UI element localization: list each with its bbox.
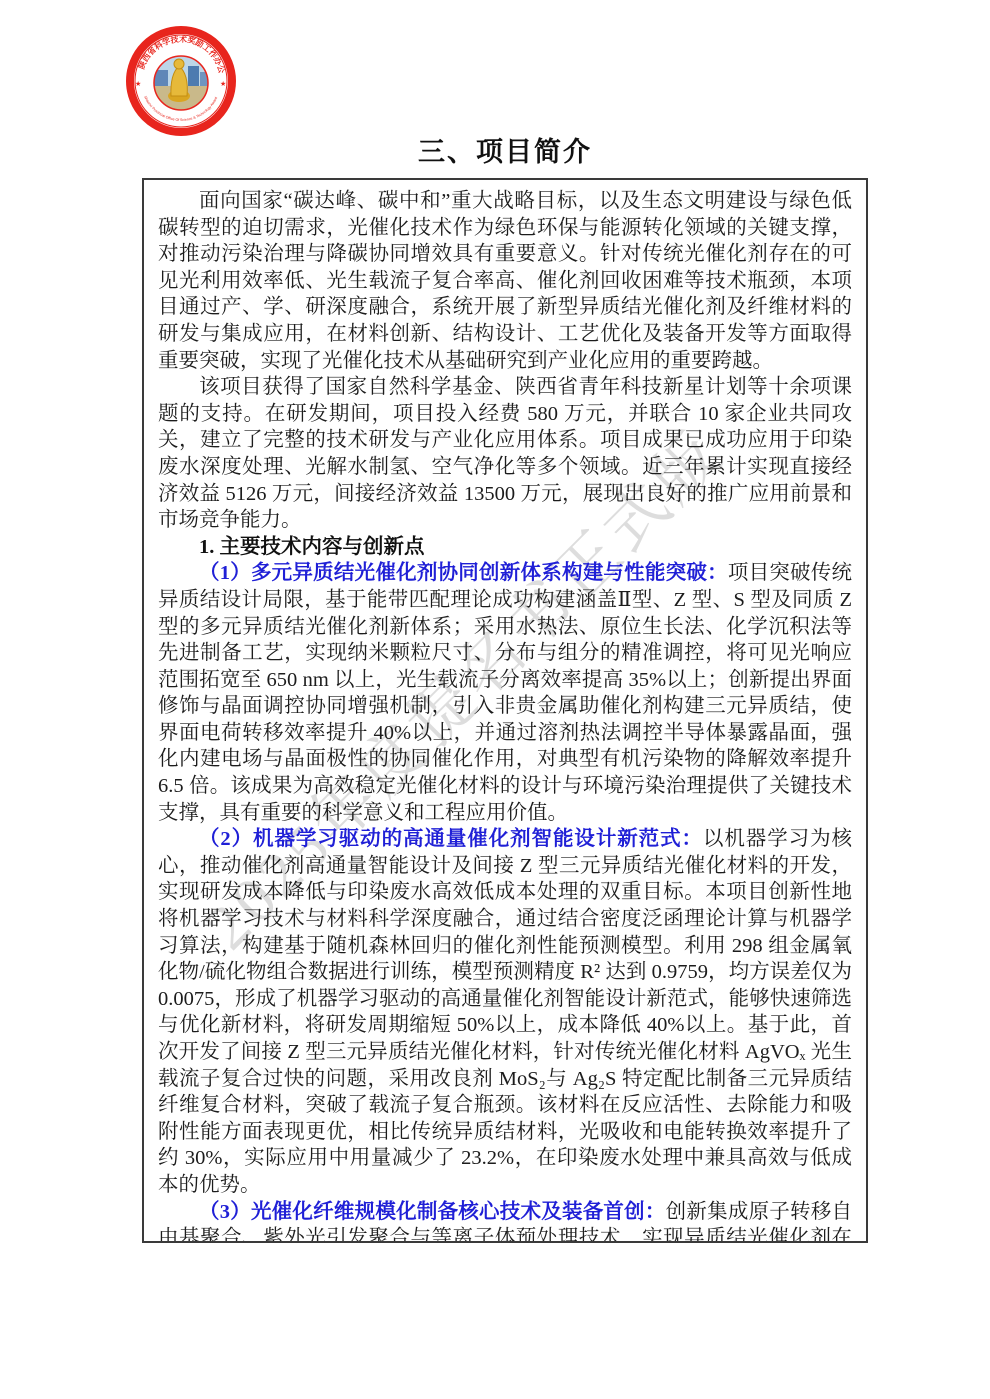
innovation-point-lead: （2）机器学习驱动的高通量催化剂智能设计新范式： xyxy=(199,828,703,850)
document-page: 2025年度提名书正式版 xyxy=(0,0,990,1399)
seal-star-left-icon: ★ xyxy=(135,80,141,88)
section-heading: 1. 主要技术内容与创新点 xyxy=(158,534,852,561)
seal-graphic: 陕西省科学技术奖励工作办公室 Shaanxi Provincial Office… xyxy=(126,26,236,136)
content-box: 面向国家“碳达峰、碳中和”重大战略目标，以及生态文明建设与绿色低碳转型的迫切需求… xyxy=(142,178,868,1243)
page-title: 三、项目简介 xyxy=(142,130,868,169)
innovation-point-lead: （1）多元异质结光催化剂协同创新体系构建与性能突破： xyxy=(199,562,728,584)
paragraph: （1）多元异质结光催化剂协同创新体系构建与性能突破：项目突破传统异质结设计局限，… xyxy=(158,560,852,826)
paragraph: 面向国家“碳达峰、碳中和”重大战略目标，以及生态文明建设与绿色低碳转型的迫切需求… xyxy=(158,188,852,374)
innovation-point-lead: （3）光催化纤维规模化制备核心技术及装备首创： xyxy=(199,1201,666,1223)
paragraph: （2）机器学习驱动的高通量催化剂智能设计新范式：以机器学习为核心，推动催化剂高通… xyxy=(158,826,852,1198)
seal-star-right-icon: ★ xyxy=(220,80,226,88)
paragraph: （3）光催化纤维规模化制备核心技术及装备首创：创新集成原子转移自由基聚合、紫外光… xyxy=(158,1199,852,1243)
org-seal: 陕西省科学技术奖励工作办公室 Shaanxi Provincial Office… xyxy=(126,26,236,136)
paragraph: 该项目获得了国家自然科学基金、陕西省青年科技新星计划等十余项课题的支持。在研发期… xyxy=(158,374,852,534)
